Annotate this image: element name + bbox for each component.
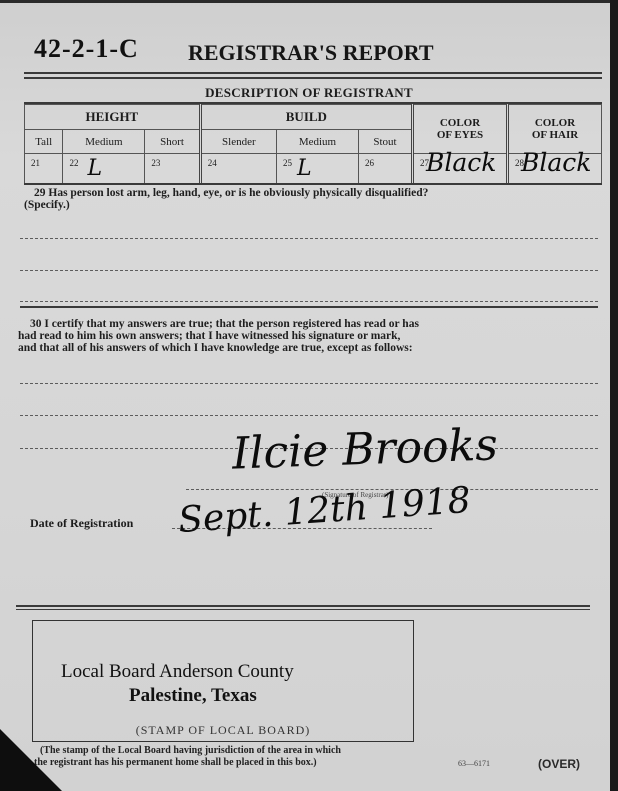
answer-29-line-1[interactable] xyxy=(20,238,598,239)
scan-corner-shadow xyxy=(0,729,62,791)
field-number: 23 xyxy=(151,158,160,168)
scan-top-edge xyxy=(0,0,618,3)
question-30: 30 I certify that my answers are true; t… xyxy=(18,318,608,354)
check-mark: L xyxy=(297,156,312,181)
field-height-medium[interactable]: 22 L xyxy=(63,154,145,185)
col-build-medium: Medium xyxy=(276,130,358,154)
question-29-text: 29 Has person lost arm, leg, hand, eye, … xyxy=(24,187,614,199)
question-30-line-1: 30 I certify that my answers are true; t… xyxy=(18,318,608,330)
date-label: Date of Registration xyxy=(30,516,133,531)
field-color-of-hair[interactable]: 28 Black xyxy=(508,154,602,185)
build-header: BUILD xyxy=(200,105,412,130)
over-label: (OVER) xyxy=(538,757,580,771)
color-of-eyes-header: COLOR OF EYES xyxy=(413,105,508,154)
field-slender[interactable]: 24 xyxy=(200,154,276,185)
form-code: 63—6171 xyxy=(458,759,490,768)
col-stout: Stout xyxy=(358,130,412,154)
field-tall[interactable]: 21 xyxy=(25,154,63,185)
col-height-medium: Medium xyxy=(63,130,145,154)
stamp-line-1: Local Board Anderson County xyxy=(61,661,294,683)
hair-label-2: OF HAIR xyxy=(509,129,601,141)
stamp-rule-1 xyxy=(16,605,590,607)
question-29: 29 Has person lost arm, leg, hand, eye, … xyxy=(24,187,614,211)
field-stout[interactable]: 26 xyxy=(358,154,412,185)
section-29-rule xyxy=(20,306,598,308)
scan-right-edge xyxy=(610,0,618,791)
page-title: REGISTRAR'S REPORT xyxy=(188,40,434,66)
col-tall: Tall xyxy=(25,130,63,154)
answer-30-line-2[interactable] xyxy=(20,415,598,416)
answer-30-line-1[interactable] xyxy=(20,383,598,384)
stamp-line-2: Palestine, Texas xyxy=(129,685,257,707)
footnote-line-2: the registrant has his permanent home sh… xyxy=(34,757,341,769)
stamp-footnote: (The stamp of the Local Board having jur… xyxy=(40,745,341,769)
eyes-label-1: COLOR xyxy=(414,117,506,129)
answer-29-line-2[interactable] xyxy=(20,270,598,271)
title-rule-2 xyxy=(24,77,602,79)
answer-29-line-3[interactable] xyxy=(20,301,598,302)
field-number: 26 xyxy=(365,158,374,168)
eyes-value: Black xyxy=(426,148,496,177)
field-number: 24 xyxy=(208,158,217,168)
description-table: HEIGHT BUILD COLOR OF EYES COLOR OF HAIR… xyxy=(24,104,602,185)
field-number: 25 xyxy=(283,158,292,168)
field-number: 21 xyxy=(31,158,40,168)
hair-value: Black xyxy=(521,148,591,177)
footnote-line-1: (The stamp of the Local Board having jur… xyxy=(40,745,341,757)
col-short: Short xyxy=(145,130,200,154)
field-color-of-eyes[interactable]: 27 Black xyxy=(413,154,508,185)
field-number: 22 xyxy=(69,158,78,168)
field-short[interactable]: 23 xyxy=(145,154,200,185)
question-30-line-2: had read to him his own answers; that I … xyxy=(18,330,608,342)
eyes-label-2: OF EYES xyxy=(414,129,506,141)
col-slender: Slender xyxy=(200,130,276,154)
table-bottom-rule xyxy=(24,183,602,185)
section-title: DESCRIPTION OF REGISTRANT xyxy=(0,85,618,101)
question-30-line-3: and that all of his answers of which I h… xyxy=(18,342,608,354)
color-of-hair-header: COLOR OF HAIR xyxy=(508,105,602,154)
stamp-caption: (STAMP OF LOCAL BOARD) xyxy=(33,723,413,738)
stamp-box: Local Board Anderson County Palestine, T… xyxy=(32,620,414,742)
serial-number: 42-2-1-C xyxy=(34,34,139,64)
registrar-signature: Ilcie Brooks xyxy=(231,419,498,479)
question-29-specify: (Specify.) xyxy=(24,199,614,211)
stamp-rule-2 xyxy=(16,609,590,610)
height-header: HEIGHT xyxy=(25,105,201,130)
field-build-medium[interactable]: 25 L xyxy=(276,154,358,185)
check-mark: L xyxy=(87,156,102,181)
title-rule-1 xyxy=(24,72,602,74)
hair-label-1: COLOR xyxy=(509,117,601,129)
